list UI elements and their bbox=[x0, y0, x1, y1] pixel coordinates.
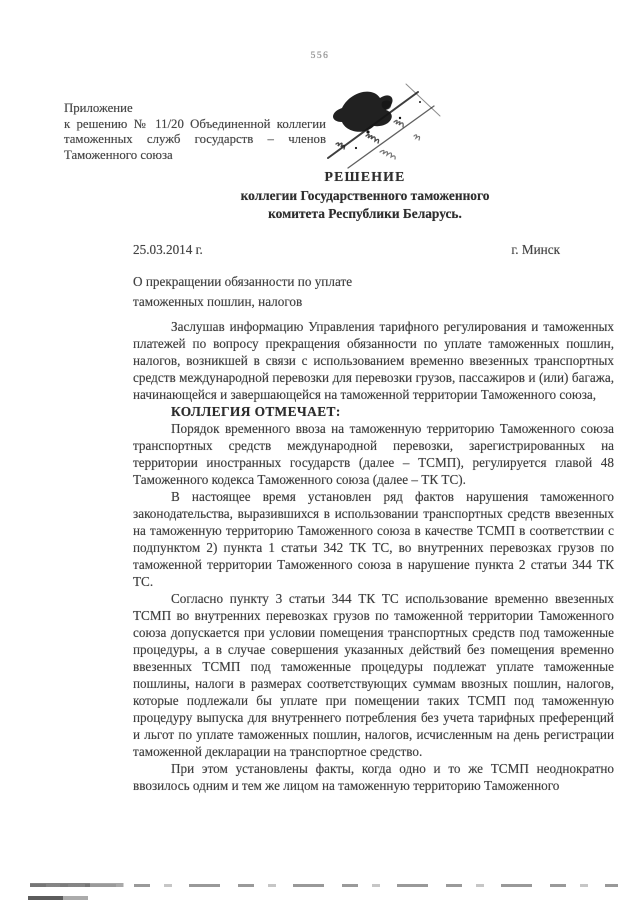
paragraph: В настоящее время установлен ряд фактов … bbox=[133, 488, 614, 590]
subject-line: таможенных пошлин, налогов bbox=[133, 292, 614, 312]
annex-line: Приложение bbox=[64, 101, 326, 117]
annex-line: к решению № 11/20 Объединенной коллегии bbox=[64, 117, 326, 133]
document-place: г. Минск bbox=[511, 242, 560, 258]
ink-stamp-icon bbox=[322, 78, 446, 172]
page-number: 556 bbox=[0, 51, 640, 61]
scan-artifact-dark-segment bbox=[30, 883, 160, 887]
document-subject: О прекращении обязанности по уплате тамо… bbox=[133, 272, 614, 311]
paragraph: Согласно пункту 3 статьи 344 ТК ТС испол… bbox=[133, 590, 614, 760]
paragraph-intro: Заслушав информацию Управления тарифного… bbox=[133, 318, 614, 403]
annex-line: таможенных служб государств – членов bbox=[64, 132, 326, 148]
dateline: 25.03.2014 г. г. Минск bbox=[133, 242, 588, 258]
scan-artifact-corner-dash bbox=[28, 896, 88, 900]
title-line: комитета Республики Беларусь. bbox=[110, 205, 620, 224]
section-heading: КОЛЛЕГИЯ ОТМЕЧАЕТ: bbox=[133, 403, 614, 420]
annex-line: Таможенного союза bbox=[64, 148, 326, 164]
scanned-document-page: 556 Приложение к решению № 11/20 Объедин… bbox=[0, 0, 640, 905]
document-date: 25.03.2014 г. bbox=[133, 242, 203, 258]
paragraph: При этом установлены факты, когда одно и… bbox=[133, 760, 614, 794]
title-word-decision: РЕШЕНИЕ bbox=[110, 168, 620, 187]
paragraph: Порядок временного ввоза на таможенную т… bbox=[133, 420, 614, 488]
document-title: РЕШЕНИЕ коллегии Государственного таможе… bbox=[110, 168, 620, 224]
subject-line: О прекращении обязанности по уплате bbox=[133, 272, 614, 292]
title-line: коллегии Государственного таможенного bbox=[110, 187, 620, 206]
annex-reference-block: Приложение к решению № 11/20 Объединенно… bbox=[64, 101, 326, 163]
document-body: Заслушав информацию Управления тарифного… bbox=[133, 318, 614, 794]
